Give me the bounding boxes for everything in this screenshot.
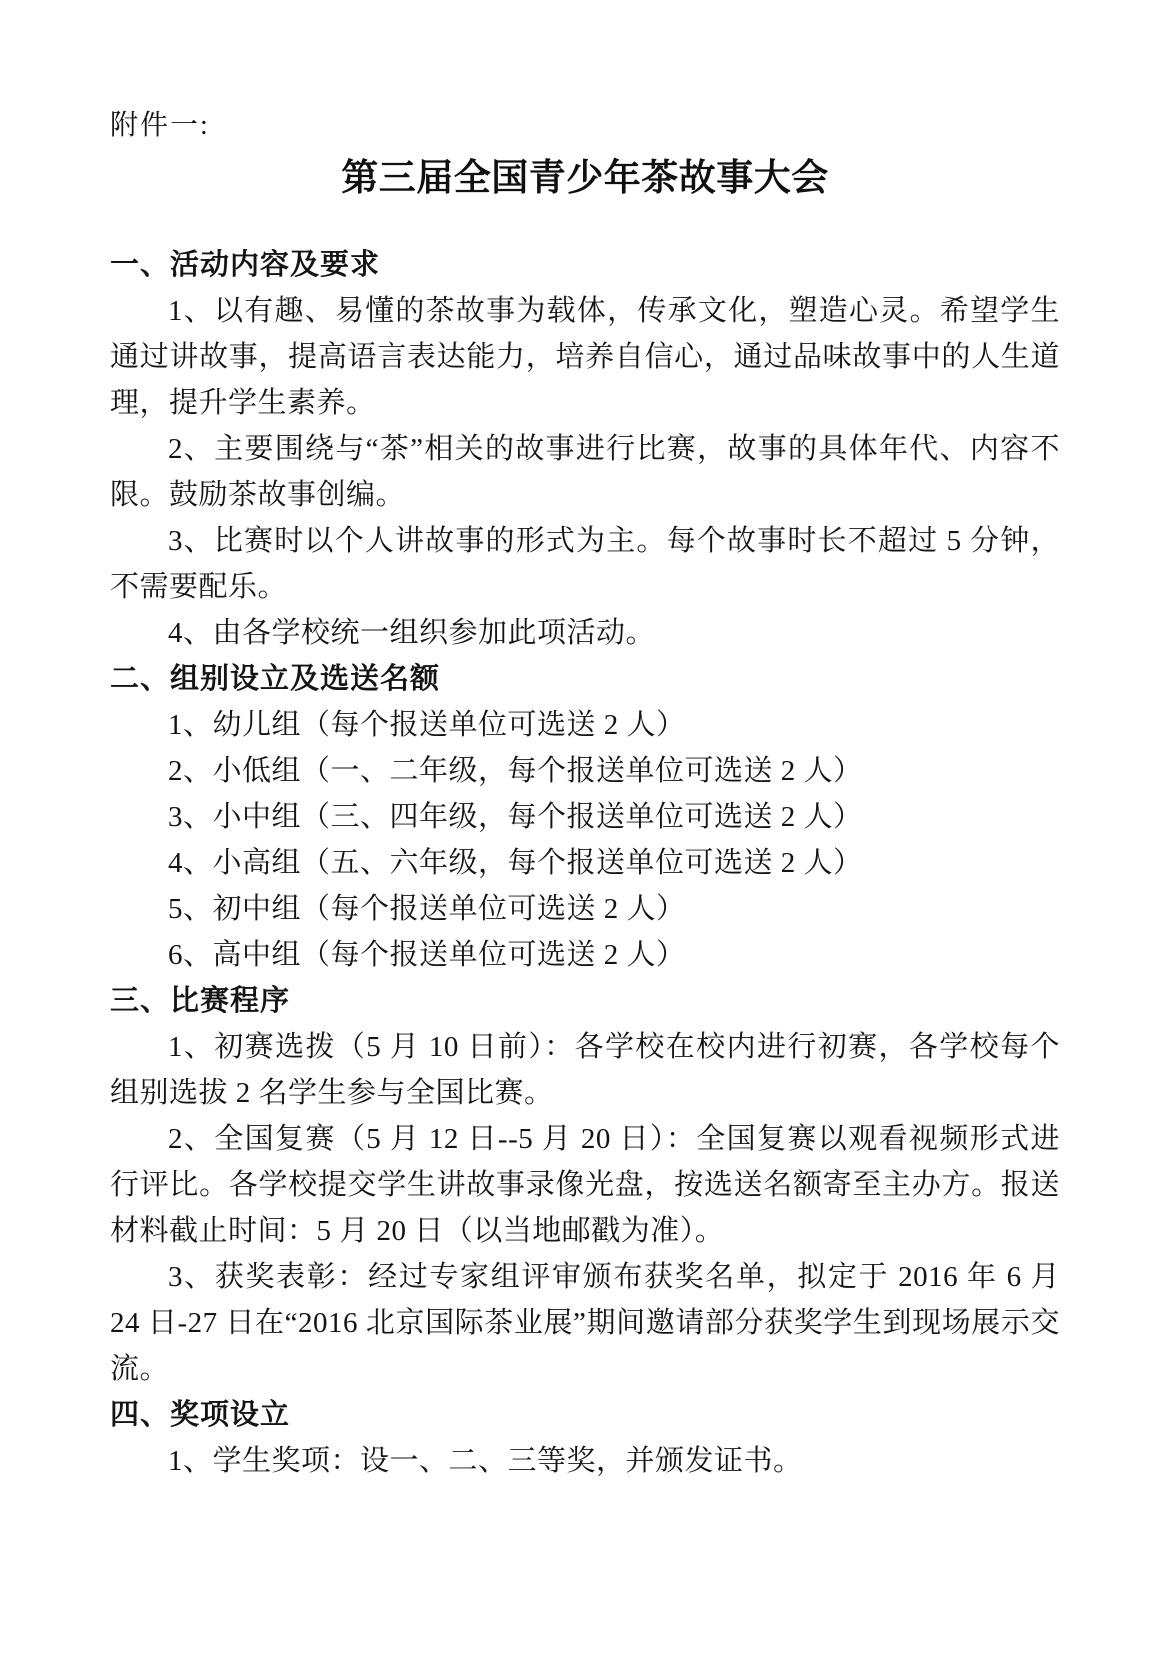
section-heading: 一、活动内容及要求 — [110, 242, 1060, 288]
document-body: 一、活动内容及要求1、以有趣、易懂的茶故事为载体，传承文化，塑造心灵。希望学生通… — [110, 242, 1060, 1484]
paragraph: 2、小低组（一、二年级，每个报送单位可选送 2 人） — [110, 748, 1060, 794]
paragraph: 3、小中组（三、四年级，每个报送单位可选送 2 人） — [110, 794, 1060, 840]
paragraph: 5、初中组（每个报送单位可选送 2 人） — [110, 886, 1060, 932]
section-heading: 二、组别设立及选送名额 — [110, 656, 1060, 702]
paragraph: 4、小高组（五、六年级，每个报送单位可选送 2 人） — [110, 840, 1060, 886]
paragraph: 1、幼儿组（每个报送单位可选送 2 人） — [110, 702, 1060, 748]
attachment-label: 附件一: — [110, 104, 1060, 148]
document-title: 第三届全国青少年茶故事大会 — [110, 154, 1060, 202]
section-heading: 四、奖项设立 — [110, 1392, 1060, 1438]
paragraph: 1、以有趣、易懂的茶故事为载体，传承文化，塑造心灵。希望学生通过讲故事，提高语言… — [110, 288, 1060, 426]
paragraph: 1、初赛选拨（5 月 10 日前）：各学校在校内进行初赛，各学校每个组别选拔 2… — [110, 1024, 1060, 1116]
paragraph: 6、高中组（每个报送单位可选送 2 人） — [110, 932, 1060, 978]
paragraph: 1、学生奖项：设一、二、三等奖，并颁发证书。 — [110, 1438, 1060, 1484]
paragraph: 3、比赛时以个人讲故事的形式为主。每个故事时长不超过 5 分钟，不需要配乐。 — [110, 518, 1060, 610]
document-page: 附件一: 第三届全国青少年茶故事大会 一、活动内容及要求1、以有趣、易懂的茶故事… — [0, 0, 1169, 1653]
section-heading: 三、比赛程序 — [110, 978, 1060, 1024]
paragraph: 3、获奖表彰：经过专家组评审颁布获奖名单，拟定于 2016 年 6 月 24 日… — [110, 1254, 1060, 1392]
paragraph: 2、全国复赛（5 月 12 日--5 月 20 日）：全国复赛以观看视频形式进行… — [110, 1116, 1060, 1254]
paragraph: 2、主要围绕与“茶”相关的故事进行比赛，故事的具体年代、内容不限。鼓励茶故事创编… — [110, 426, 1060, 518]
paragraph: 4、由各学校统一组织参加此项活动。 — [110, 610, 1060, 656]
